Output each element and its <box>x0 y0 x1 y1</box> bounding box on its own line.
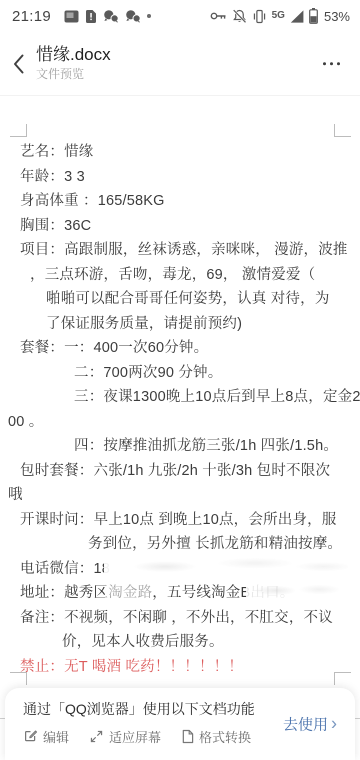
vibrate-icon <box>252 9 267 24</box>
key-icon <box>210 10 227 22</box>
document-preview[interactable]: 艺名：惜缘年龄：3 3身高体重 ：165/58KG胸围：36C项目：高跟制服，丝… <box>0 96 360 760</box>
signal-icon <box>290 10 304 23</box>
doc-line: 开课时问：早上10点 到晚上10点，会所出身，服 <box>0 508 360 533</box>
doc-line: 套餐：一：400一次60分钟。 <box>0 336 360 361</box>
doc-line: 了保证服务质量，请提前预约) <box>0 312 360 337</box>
edit-action[interactable]: 编辑 <box>23 727 69 746</box>
edit-icon <box>23 729 38 744</box>
chat-bubbles-icon <box>103 9 119 23</box>
fit-screen-action[interactable]: 适应屏幕 <box>89 727 161 746</box>
doc-line: 四：按摩推油抓龙筋三张/1h 四张/1.5h。 <box>0 434 360 459</box>
doc-line: 务到位，另外擅 长抓龙筋和精油按摩。 <box>0 532 360 557</box>
system-status-icons: 5G 53% <box>210 8 350 24</box>
screen: 21:19 <box>0 0 360 760</box>
doc-line: 项目：高跟制服，丝袜诱惑，亲咪咪， 漫游，波推 <box>0 238 360 263</box>
file-preview-label: 文件预览 <box>36 67 111 82</box>
doc-line: 胸围：36C <box>0 214 360 239</box>
fit-screen-icon <box>89 729 104 744</box>
battery-icon <box>309 8 318 24</box>
censor-blur-address <box>246 580 344 601</box>
qq-browser-promo-sheet: 通过「QQ浏览器」使用以下文档功能 编辑 适应屏幕 格式转换 <box>5 688 355 760</box>
go-use-label: 去使用 <box>283 714 328 735</box>
chevron-right-icon: › <box>331 717 337 732</box>
sim-alert-icon <box>85 9 97 23</box>
doc-line: 啪啪可以配合哥哥任何姿势，认真 对待，为 <box>0 287 360 312</box>
doc-line: ，三点环游，舌吻，毒龙，69， 激情爱爱（ <box>0 263 360 288</box>
notification-icons <box>64 9 151 23</box>
page-corner-mark <box>334 124 351 137</box>
format-convert-action[interactable]: 格式转换 <box>181 727 251 746</box>
battery-percent-label: 53% <box>324 9 350 24</box>
screenshot-icon <box>64 10 79 23</box>
censor-blur-address <box>105 581 153 601</box>
doc-line: 价，见本人收费后服务。 <box>0 630 360 655</box>
doc-line: 哦 <box>0 483 360 508</box>
back-button[interactable] <box>0 42 36 86</box>
doc-line: 00 。 <box>0 410 360 435</box>
network-type-label: 5G <box>272 11 285 21</box>
page-corner-mark <box>10 124 27 137</box>
doc-line: 年龄：3 3 <box>0 165 360 190</box>
go-use-button[interactable]: 去使用 › <box>283 714 337 735</box>
format-convert-label: 格式转换 <box>199 727 251 746</box>
back-chevron-icon <box>13 54 24 74</box>
censor-blur-phone <box>104 554 348 577</box>
doc-line: 备注：不视频，不闲聊 ，不外出，不肛交，不议 <box>0 606 360 631</box>
bell-muted-icon <box>232 9 247 24</box>
doc-line-forbidden: 禁止：无T 喝酒 吃药！！！！！！ <box>0 655 360 680</box>
doc-line: 艺名：惜缘 <box>0 140 360 165</box>
doc-line: 三：夜课1300晚上10点后到早上8点，定金2 <box>0 385 360 410</box>
chat-bubbles-icon <box>125 9 141 23</box>
doc-line: 身高体重 ：165/58KG <box>0 189 360 214</box>
document-icon <box>181 729 194 744</box>
overflow-dot-icon <box>147 14 151 18</box>
status-bar: 21:19 <box>0 0 360 32</box>
doc-line: 二：700两次90 分钟。 <box>0 361 360 386</box>
more-menu-button[interactable] <box>319 54 345 74</box>
app-header: 惜缘.docx 文件预览 <box>0 32 360 96</box>
doc-line: 包时套餐：六张/1h 九张/2h 十张/3h 包时不限次 <box>0 459 360 484</box>
fit-screen-label: 适应屏幕 <box>109 727 161 746</box>
status-time: 21:19 <box>12 8 51 25</box>
file-title: 惜缘.docx <box>36 45 111 65</box>
edit-label: 编辑 <box>43 727 69 746</box>
